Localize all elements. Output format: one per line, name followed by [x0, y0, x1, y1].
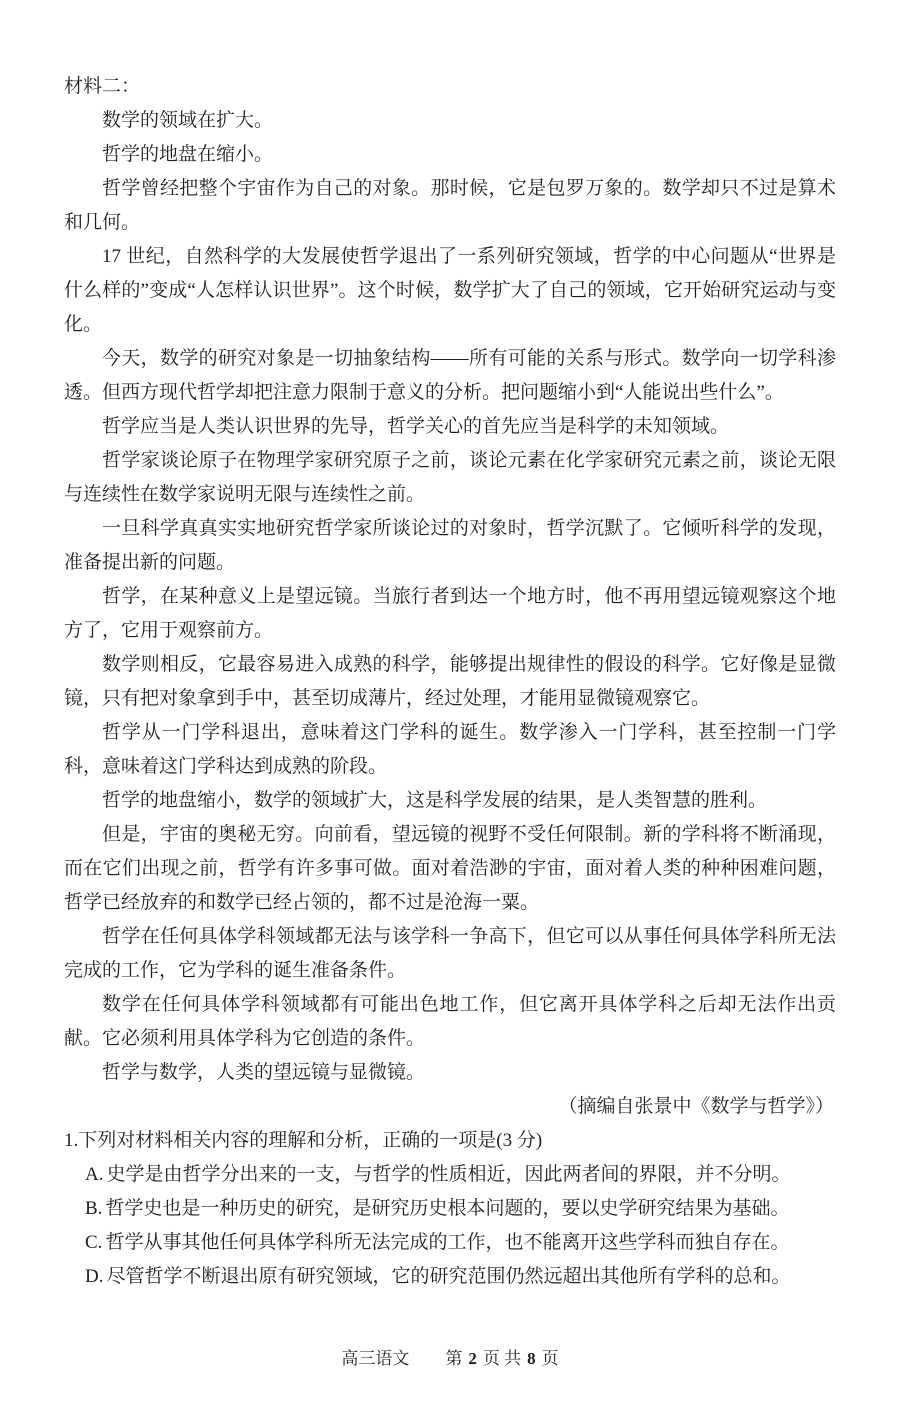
- question-1-option-b: B.哲学史也是一种历史的研究，是研究历史根本问题的，要以史学研究结果为基础。: [64, 1192, 836, 1226]
- question-1-option-a: A.史学是由哲学分出来的一支，与哲学的性质相近，因此两者间的界限，并不分明。: [64, 1158, 836, 1192]
- footer-course-title: 高三语文: [341, 1349, 409, 1368]
- option-label: D.: [85, 1266, 103, 1287]
- footer-page-number: 2: [468, 1349, 477, 1368]
- question-1-stem: 1.下列对材料相关内容的理解和分析，正确的一项是(3 分): [64, 1124, 836, 1158]
- body-paragraph: 数学的领域在扩大。: [64, 104, 836, 138]
- body-paragraph: 17 世纪，自然科学的大发展使哲学退出了一系列研究领域，哲学的中心问题从“世界是…: [64, 240, 836, 342]
- option-text: 哲学从事其他任何具体学科所无法完成的工作，也不能离开这些学科而独自存在。: [105, 1232, 789, 1253]
- option-label: C.: [85, 1232, 102, 1253]
- question-1-option-c: C.哲学从事其他任何具体学科所无法完成的工作，也不能离开这些学科而独自存在。: [64, 1226, 836, 1260]
- body-paragraph: 今天，数学的研究对象是一切抽象结构——所有可能的关系与形式。数学向一切学科渗透。…: [64, 342, 836, 410]
- footer-total-pages: 8: [527, 1349, 536, 1368]
- body-paragraph: 哲学曾经把整个宇宙作为自己的对象。那时候，它是包罗万象的。数学却只不过是算术和几…: [64, 172, 836, 240]
- body-paragraph: 哲学，在某种意义上是望远镜。当旅行者到达一个地方时，他不再用望远镜观察这个地方了…: [64, 580, 836, 648]
- footer-page-prefix: 第: [445, 1349, 462, 1368]
- option-text: 哲学史也是一种历史的研究，是研究历史根本问题的，要以史学研究结果为基础。: [105, 1198, 789, 1219]
- body-paragraph: 哲学从一门学科退出，意味着这门学科的诞生。数学渗入一门学科，甚至控制一门学科，意…: [64, 716, 836, 784]
- body-paragraph: 哲学的地盘在缩小。: [64, 138, 836, 172]
- document-body: 材料二： 数学的领域在扩大。 哲学的地盘在缩小。 哲学曾经把整个宇宙作为自己的对…: [64, 70, 836, 1294]
- exam-paper-page: 材料二： 数学的领域在扩大。 哲学的地盘在缩小。 哲学曾经把整个宇宙作为自己的对…: [0, 0, 900, 1413]
- material-heading: 材料二：: [64, 70, 836, 104]
- option-label: B.: [85, 1198, 102, 1219]
- question-1-option-d: D.尽管哲学不断退出原有研究领域，它的研究范围仍然远超出其他所有学科的总和。: [64, 1260, 836, 1294]
- body-paragraph: 哲学应当是人类认识世界的先导，哲学关心的首先应当是科学的未知领域。: [64, 410, 836, 444]
- body-paragraph: 哲学与数学，人类的望远镜与显微镜。: [64, 1056, 836, 1090]
- body-paragraph: 哲学的地盘缩小，数学的领域扩大，这是科学发展的结果，是人类智慧的胜利。: [64, 784, 836, 818]
- body-paragraph: 但是，宇宙的奥秘无穷。向前看，望远镜的视野不受任何限制。新的学科将不断涌现，而在…: [64, 818, 836, 920]
- source-attribution: （摘编自张景中《数学与哲学》）: [64, 1090, 836, 1124]
- option-label: A.: [85, 1164, 103, 1185]
- body-paragraph: 数学则相反，它最容易进入成熟的科学，能够提出规律性的假设的科学。它好像是显微镜，…: [64, 648, 836, 716]
- footer-page-middle: 页 共: [483, 1349, 521, 1368]
- body-paragraph: 数学在任何具体学科领域都有可能出色地工作，但它离开具体学科之后却无法作出贡献。它…: [64, 988, 836, 1056]
- body-paragraph: 哲学家谈论原子在物理学家研究原子之前，谈论元素在化学家研究元素之前，谈论无限与连…: [64, 444, 836, 512]
- footer-page-suffix: 页: [542, 1349, 559, 1368]
- body-paragraph: 哲学在任何具体学科领域都无法与该学科一争高下，但它可以从事任何具体学科所无法完成…: [64, 920, 836, 988]
- body-paragraph: 一旦科学真真实实地研究哲学家所谈论过的对象时，哲学沉默了。它倾听科学的发现，准备…: [64, 512, 836, 580]
- option-text: 尽管哲学不断退出原有研究领域，它的研究范围仍然远超出其他所有学科的总和。: [106, 1266, 790, 1287]
- page-footer: 高三语文第2页 共8页: [0, 1346, 900, 1372]
- option-text: 史学是由哲学分出来的一支，与哲学的性质相近，因此两者间的界限，并不分明。: [106, 1164, 790, 1185]
